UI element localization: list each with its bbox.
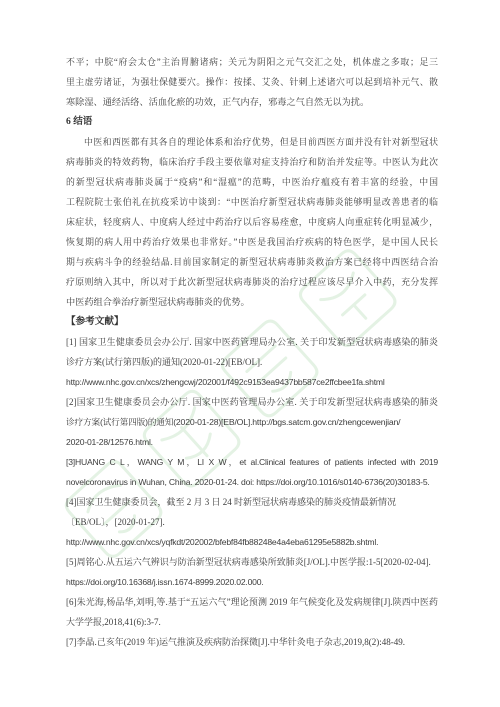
reference-line: [3]HUANG C L，WANG Y M，LI X W，et al.Clini… — [66, 452, 438, 472]
reference-line: [5]周铭心.从五运六气辨识与防治新型冠状病毒感染所致肺炎[J/OL].中医学报… — [66, 552, 438, 572]
conclusion-heading: 6 结语 — [66, 112, 438, 132]
body-text-line: 恢复期的病人用中药治疗效果也非常好。”中医是我国治疗疾病的特色医学，是中国人民长 — [66, 232, 438, 252]
body-text-line: 疗原则纳入其中，所以对于此次新型冠状病毒肺炎的治疗过程应该尽早介入中药，充分发挥 — [66, 272, 438, 292]
body-text-line: 期与疾病斗争的经验结晶.目前国家制定的新型冠状病毒肺炎救治方案已经将中西医结合治 — [66, 252, 438, 272]
reference-url: http://www.nhc.gov.cn/xcs/yqfkdt/202002/… — [66, 532, 438, 552]
reference-line: [4]国家卫生健康委员会，截至 2 月 3 日 24 时新型冠状病毒感染的肺炎疫… — [66, 492, 438, 512]
body-text-line: 中医和西医都有其各自的理论体系和治疗优势，但是目前西医方面并没有针对新型冠状 — [66, 132, 438, 152]
reference-line: 诊疗方案(试行第四版)的通知(2020-01-28)[EB/OL].http:/… — [66, 412, 438, 432]
reference-line: novelcoronavirus in Wuhan, China. 2020-0… — [66, 472, 438, 492]
reference-url: http://www.nhc.gov.cn/xcs/zhengcwj/20200… — [66, 372, 438, 392]
document-text: 不平；中脘“府会太仓”主治胃腑诸病；关元为阴阳之元气交汇之处，机体虚之多取；足三… — [66, 52, 438, 652]
body-text-line: 病毒肺炎的特效药物，临床治疗手段主要依靠对症支持治疗和防治并发症等。中医认为此次 — [66, 152, 438, 172]
reference-line: [1] 国家卫生健康委员会办公厅. 国家中医药管理局办公室. 关于印发新型冠状病… — [66, 332, 438, 352]
body-text-line: 中医药组合拳治疗新型冠状病毒肺炎的优势。 — [66, 292, 438, 312]
reference-line: 〔EB/OL〕，[2020-01-27]. — [66, 512, 438, 532]
body-text-line: 床症状，轻度病人、中度病人经过中药治疗以后容易痊愈，中度病人向重症转化明显减少， — [66, 212, 438, 232]
body-text-line: 不平；中脘“府会太仓”主治胃腑诸病；关元为阴阳之元气交汇之处，机体虚之多取；足三 — [66, 52, 438, 72]
document-page: 不平；中脘“府会太仓”主治胃腑诸病；关元为阴阳之元气交汇之处，机体虚之多取；足三… — [0, 0, 500, 707]
reference-line: [6]朱光海,杨品华,刘明,等.基于“五运六气”理论预测 2019 年气候变化及… — [66, 592, 438, 612]
body-text-line: 的新型冠状病毒肺炎属于“疫病”和“湿瘟”的范畴，中医治疗瘟疫有着丰富的经验，中国 — [66, 172, 438, 192]
reference-line: 诊疗方案(试行第四版)的通知(2020-01-22)[EB/OL]. — [66, 352, 438, 372]
body-text-line: 里主虚劳诸证，为强壮保健要穴。操作：按揉、艾灸、针刺上述诸穴可以起到培补元气、散 — [66, 72, 438, 92]
body-text-line: 工程院院士张伯礼在抗疫采访中谈到：“中医治疗新型冠状病毒肺炎能够明显改善患者的临 — [66, 192, 438, 212]
reference-line: [7]李晶.己亥年(2019 年)运气推演及疾病防治探微[J].中华针灸电子杂志… — [66, 632, 438, 652]
reference-line: [2]国家卫生健康委员会办公厅. 国家中医药管理局办公室. 关于印发新型冠状病毒… — [66, 392, 438, 412]
reference-url: https://doi.org/10.16368/j.issn.1674-899… — [66, 572, 438, 592]
body-text-line: 寒除湿、通经活络、活血化瘀的功效，正气内存，邪毒之气自然无以为扰。 — [66, 92, 438, 112]
reference-url: 2020-01-28/12576.html. — [66, 432, 438, 452]
reference-line: 大学学报,2018,41(6):3-7. — [66, 612, 438, 632]
references-heading: 【参考文献】 — [66, 312, 438, 332]
